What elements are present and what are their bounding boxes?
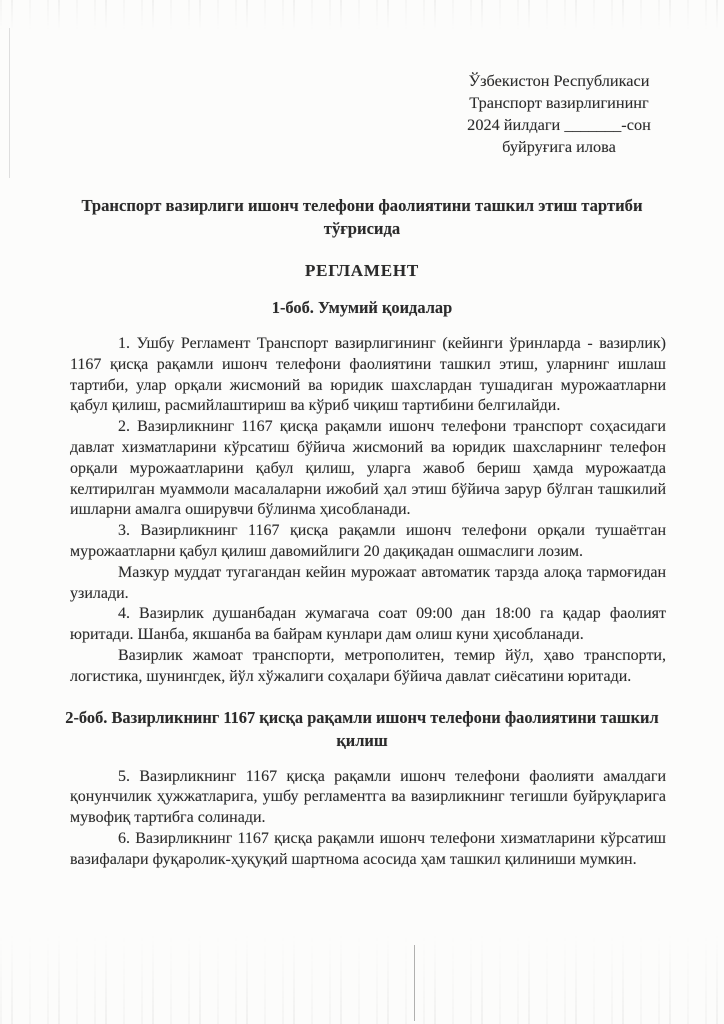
document-title: Транспорт вазирлиги ишонч телефони фаоли…	[60, 194, 664, 240]
approval-header: Ўзбекистон Республикаси Транспорт вазирл…	[438, 70, 680, 158]
document-type-heading: РЕГЛАМЕНТ	[0, 261, 724, 281]
scan-streaks-top	[0, 0, 724, 30]
paragraph-2: 2. Вазирликнинг 1167 қисқа рақамли ишонч…	[70, 417, 666, 521]
scan-line-bottom	[414, 945, 415, 1021]
approval-header-line: 2024 йилдаги _______-сон	[438, 114, 680, 136]
scanned-page: Ўзбекистон Республикаси Транспорт вазирл…	[0, 0, 724, 1024]
chapter-1-heading: 1-боб. Умумий қоидалар	[0, 296, 724, 319]
approval-header-line: Ўзбекистон Республикаси	[438, 70, 680, 92]
paragraph-1: 1. Ушбу Регламент Транспорт вазирлигинин…	[70, 334, 666, 417]
chapter-2-body: 5. Вазирликнинг 1167 қисқа рақамли ишонч…	[70, 767, 666, 871]
approval-header-line: буйруғига илова	[438, 136, 680, 158]
paragraph-4: 4. Вазирлик душанбадан жумагача соат 09:…	[70, 604, 666, 646]
paragraph-5: 5. Вазирликнинг 1167 қисқа рақамли ишонч…	[70, 767, 666, 829]
approval-header-line: Транспорт вазирлигининг	[438, 92, 680, 114]
scan-streaks-bottom	[0, 934, 724, 1024]
paragraph-3: 3. Вазирликнинг 1167 қисқа рақамли ишонч…	[70, 521, 666, 563]
scan-line-left	[9, 28, 10, 178]
paragraph-3-continuation: Мазкур муддат тугагандан кейин мурожаат …	[70, 563, 666, 605]
chapter-2-heading: 2-боб. Вазирликнинг 1167 қисқа рақамли и…	[52, 706, 672, 752]
paragraph-6: 6. Вазирликнинг 1167 қисқа рақамли ишонч…	[70, 829, 666, 871]
paragraph-4-continuation: Вазирлик жамоат транспорти, метрополитен…	[70, 646, 666, 688]
chapter-1-body: 1. Ушбу Регламент Транспорт вазирлигинин…	[70, 334, 666, 688]
